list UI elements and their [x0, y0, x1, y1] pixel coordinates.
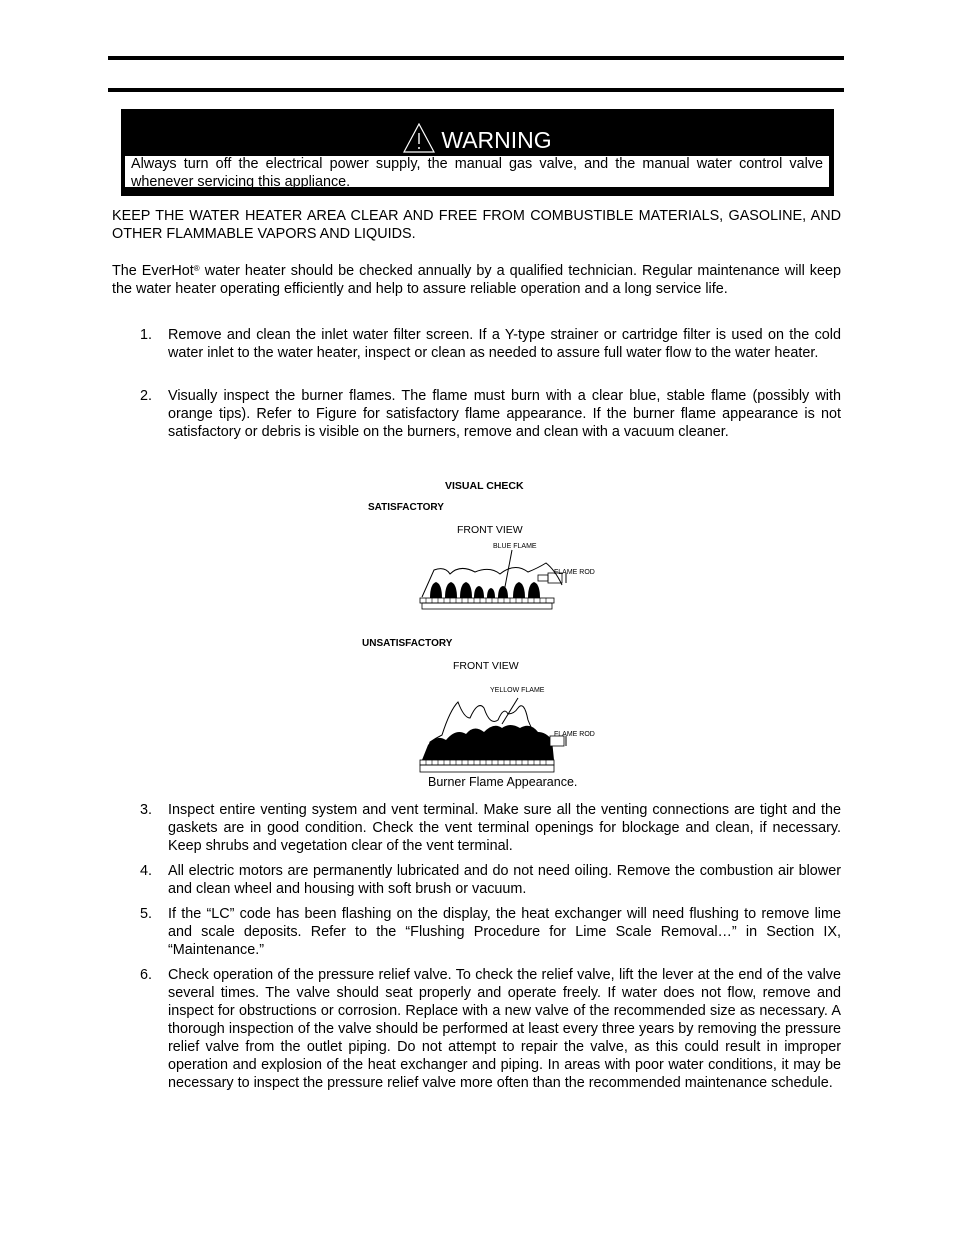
intro-paragraph: The EverHot® water heater should be chec…	[112, 262, 841, 298]
warning-header: WARNING	[121, 109, 834, 155]
unsatisfactory-heading: UNSATISFACTORY	[362, 638, 452, 649]
list-text: Inspect entire venting system and vent t…	[168, 801, 841, 855]
list-text: Visually inspect the burner flames. The …	[168, 387, 841, 441]
list-number: 4.	[140, 862, 152, 880]
list-number: 6.	[140, 966, 152, 984]
keep-clear-notice: KEEP THE WATER HEATER AREA CLEAR AND FRE…	[112, 207, 841, 243]
list-text: All electric motors are permanently lubr…	[168, 862, 841, 898]
header-rule-top	[108, 56, 844, 60]
yellow-flame-label: YELLOW FLAME	[490, 687, 544, 694]
list-text: Remove and clean the inlet water filter …	[168, 326, 841, 362]
unsatisfactory-flame-rod-label: FLAME ROD	[554, 731, 595, 738]
warning-text: Always turn off the electrical power sup…	[125, 156, 829, 187]
figure-caption: Burner Flame Appearance.	[428, 775, 577, 789]
list-text: Check operation of the pressure relief v…	[168, 966, 841, 1092]
list-number: 2.	[140, 387, 152, 405]
list-number: 1.	[140, 326, 152, 344]
intro-text: water heater should be checked annually …	[112, 263, 841, 297]
list-number: 3.	[140, 801, 152, 819]
burner-flame-figure: VISUAL CHECK SATISFACTORY FRONT VIEW BLU…	[350, 470, 620, 800]
brand-name: The EverHot	[112, 263, 194, 279]
unsatisfactory-view-label: FRONT VIEW	[453, 660, 519, 672]
registered-mark: ®	[194, 264, 200, 273]
warning-box: WARNING Always turn off the electrical p…	[121, 109, 834, 196]
list-number: 5.	[140, 905, 152, 923]
warning-triangle-icon	[403, 123, 435, 153]
burner-diagram-illustration	[350, 470, 620, 800]
warning-title: WARNING	[441, 126, 551, 154]
header-rule-bottom	[108, 88, 844, 92]
list-text: If the “LC” code has been flashing on th…	[168, 905, 841, 959]
